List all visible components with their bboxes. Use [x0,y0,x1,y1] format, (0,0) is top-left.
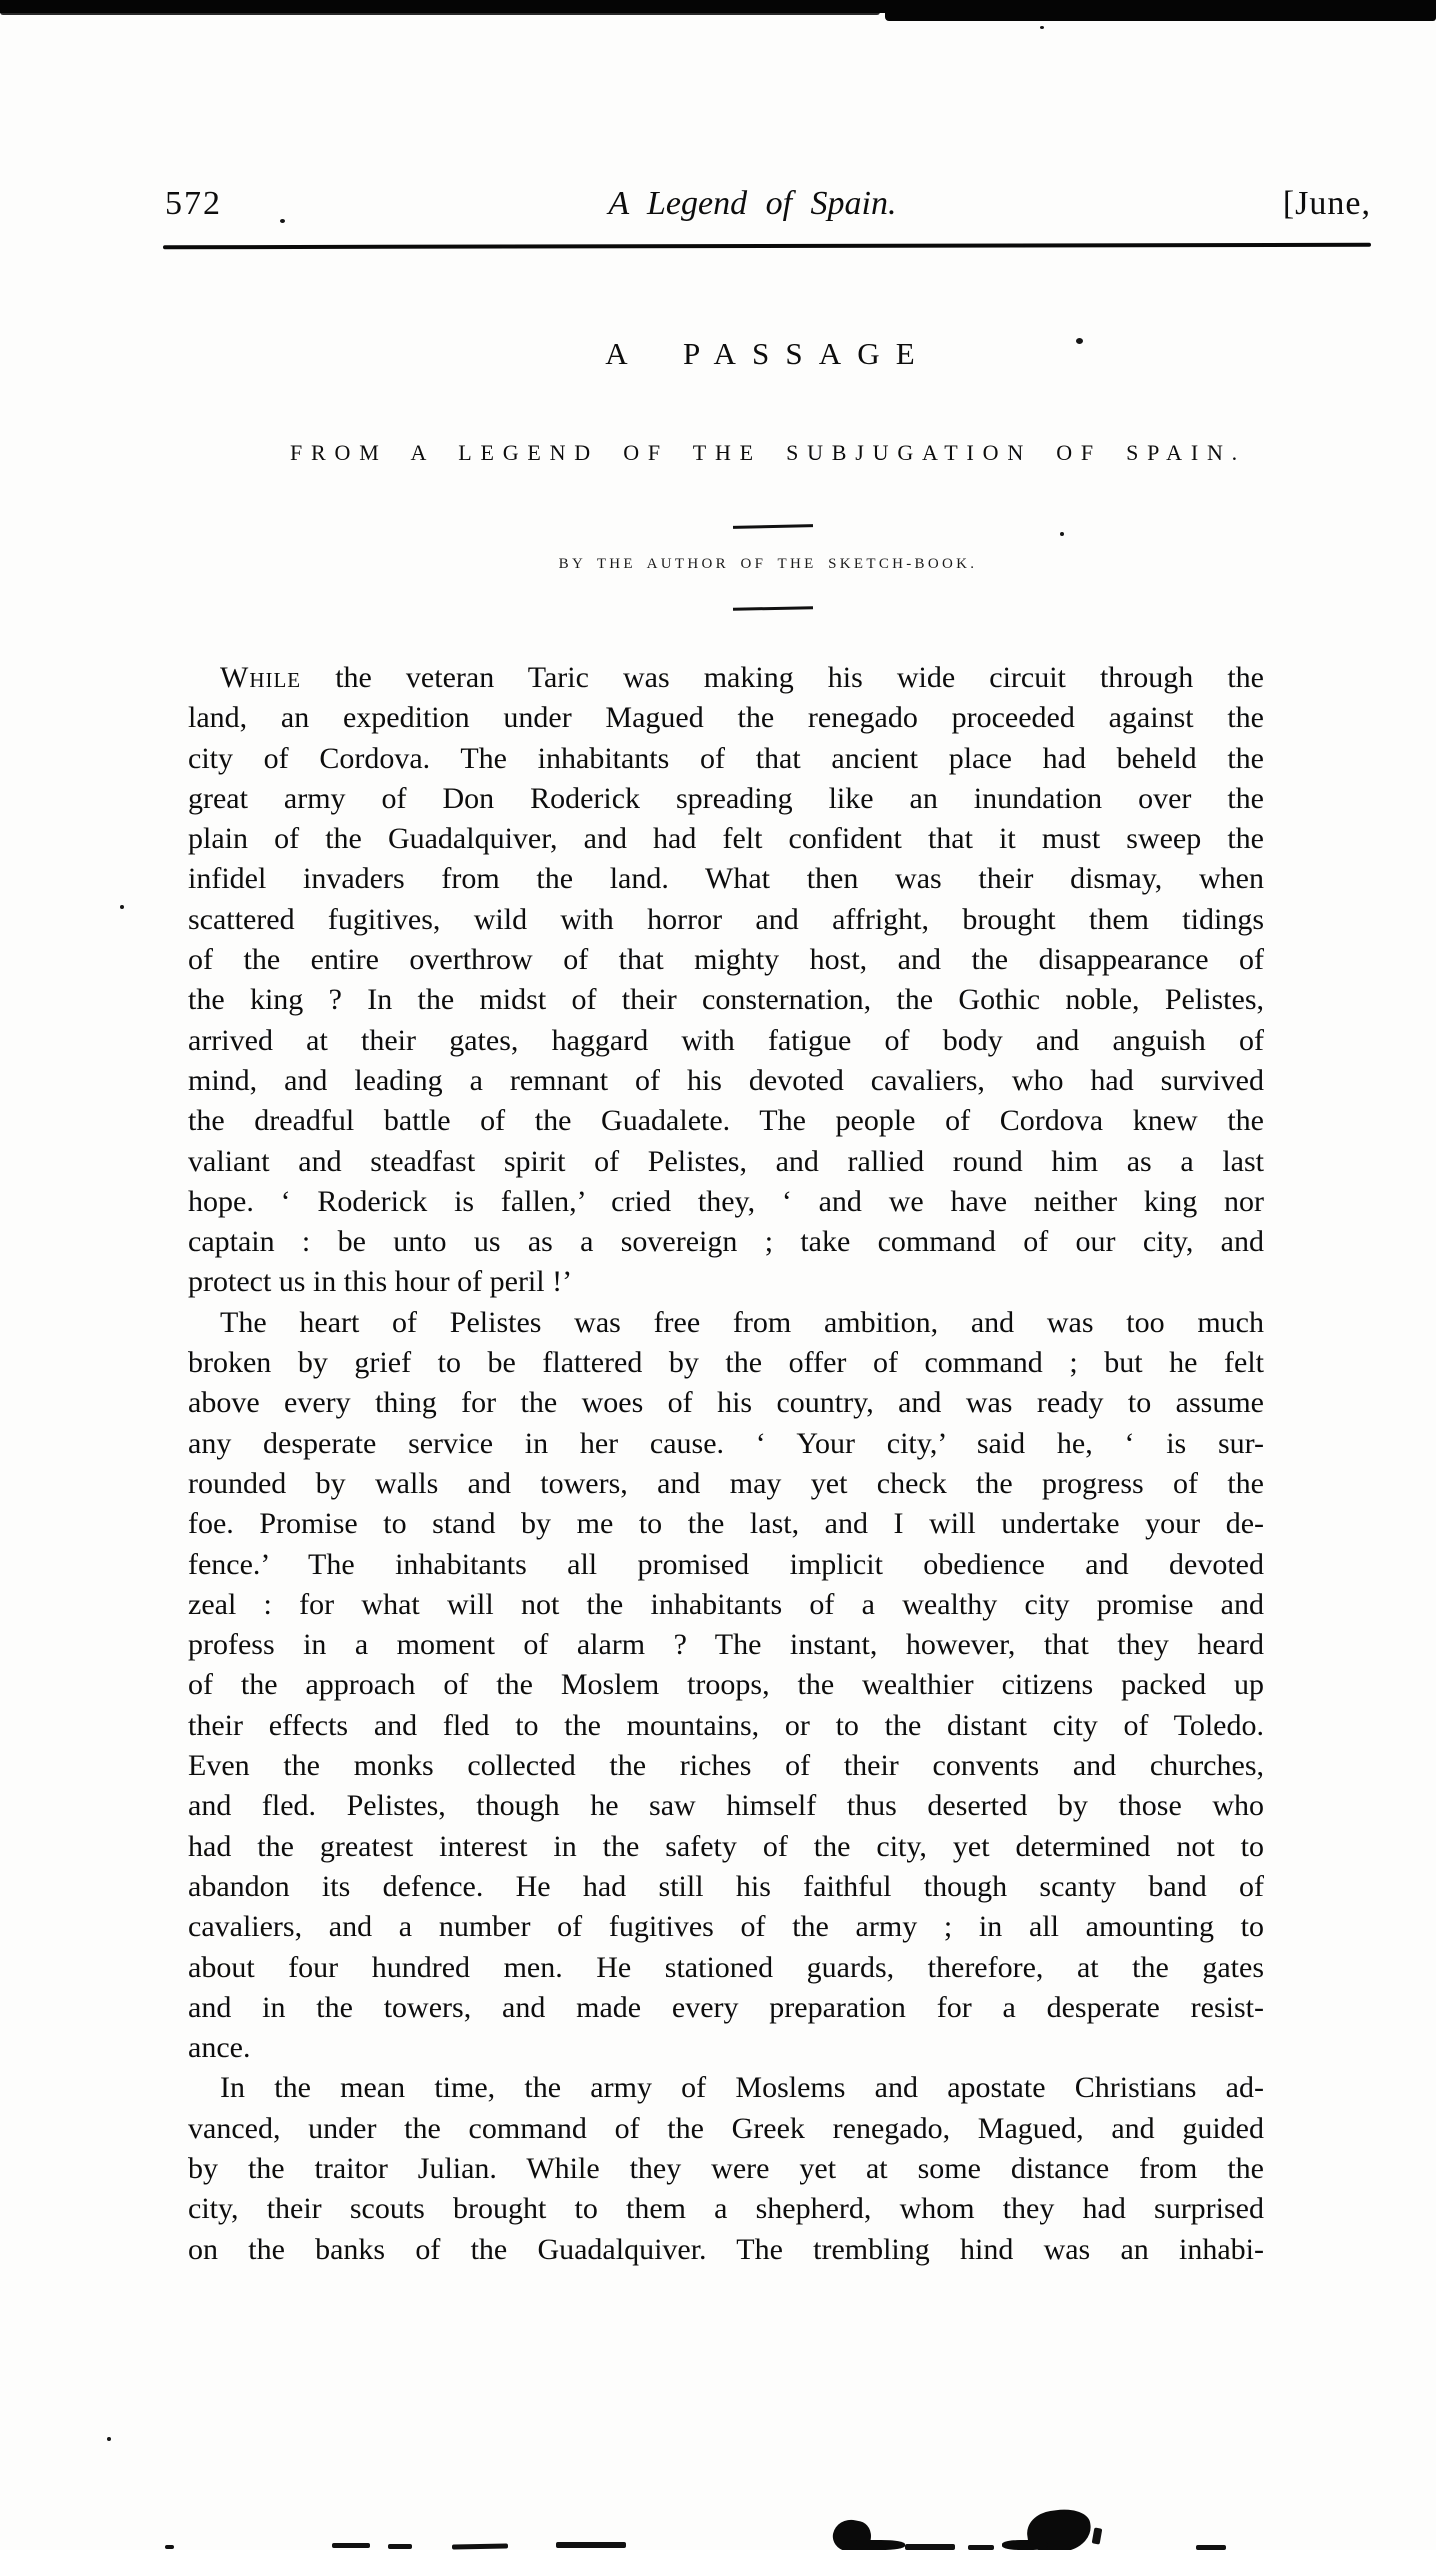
ink-speck [1060,532,1064,536]
body-line: The heart of Pelistes was free from ambi… [188,1303,1264,1343]
body-line: city of Cordova. The inhabitants of that… [188,739,1264,779]
body-line: broken by grief to be flattered by the o… [188,1343,1264,1383]
scan-bottom-mark [165,2545,174,2549]
paragraph: While the veteran Taric was making his w… [188,658,1264,1303]
body-line: In the mean time, the army of Moslems an… [188,2068,1264,2108]
body-line: zeal : for what will not the inhabitants… [188,1585,1264,1625]
body-line: had the greatest interest in the safety … [188,1827,1264,1867]
body-line: While the veteran Taric was making his w… [188,658,1264,698]
body-line: city, their scouts brought to them a she… [188,2189,1264,2229]
scan-bottom-mark [556,2542,626,2548]
scan-bottom-mark [905,2544,955,2550]
lead-word: While [220,661,301,694]
scan-top-bar-fray [0,12,880,15]
scan-bottom-mark [452,2544,508,2550]
header-rule [163,243,1371,250]
body-line: captain : be unto us as a sovereign ; ta… [188,1222,1264,1262]
scan-bottom-mark [332,2543,370,2548]
body-line: of the entire overthrow of that mighty h… [188,940,1264,980]
body-line: mind, and leading a remnant of his devot… [188,1061,1264,1101]
divider-rule-top [733,524,813,529]
paragraph: In the mean time, the army of Moslems an… [188,2068,1264,2269]
page-body: While the veteran Taric was making his w… [188,658,1264,2270]
scan-ink-blob [1002,2540,1048,2550]
byline: BY THE AUTHOR OF THE SKETCH-BOOK. [165,556,1371,573]
scan-bottom-mark [388,2544,412,2549]
body-line: and fled. Pelistes, though he saw himsel… [188,1786,1264,1826]
ink-speck [1076,338,1083,344]
body-line: fence.’ The inhabitants all promised imp… [188,1545,1264,1585]
divider-rule-bottom [733,606,813,610]
ink-speck [280,219,285,223]
ink-speck [1040,26,1044,29]
body-line: of the approach of the Moslem troops, th… [188,1665,1264,1705]
page-number: 572 [165,184,222,224]
body-line: scattered fugitives, wild with horror an… [188,900,1264,940]
body-line: rounded by walls and towers, and may yet… [188,1464,1264,1504]
scan-bottom-mark [1196,2545,1226,2550]
ink-speck [120,905,124,909]
body-line: the dreadful battle of the Guadalete. Th… [188,1101,1264,1141]
body-line: on the banks of the Guadalquiver. The tr… [188,2230,1264,2270]
scanned-book-page: 572 A Legend of Spain. [June, A PASSAGE … [0,0,1436,2550]
ink-speck [107,2437,111,2441]
body-line: land, an expedition under Magued the ren… [188,698,1264,738]
body-line: vanced, under the command of the Greek r… [188,2109,1264,2149]
body-line: protect us in this hour of peril !’ [188,1262,1264,1302]
body-line: the king ? In the midst of their conster… [188,980,1264,1020]
body-line: abandon its defence. He had still his fa… [188,1867,1264,1907]
issue-date: [June, [1283,184,1371,224]
body-line: Even the monks collected the riches of t… [188,1746,1264,1786]
body-line: by the traitor Julian. While they were y… [188,2149,1264,2189]
body-line: above every thing for the woes of his co… [188,1383,1264,1423]
body-line: about four hundred men. He stationed gua… [188,1948,1264,1988]
scan-bottom-mark [968,2545,994,2550]
scan-bottom-mark [1092,2527,1103,2544]
body-line: profess in a moment of alarm ? The insta… [188,1625,1264,1665]
body-line: hope. ‘ Roderick is fallen,’ cried they,… [188,1182,1264,1222]
body-line: their effects and fled to the mountains,… [188,1706,1264,1746]
article-subtitle: FROM A LEGEND OF THE SUBJUGATION OF SPAI… [120,440,1416,466]
body-line: any desperate service in her cause. ‘ Yo… [188,1424,1264,1464]
body-line: valiant and steadfast spirit of Pelistes… [188,1142,1264,1182]
body-line: and in the towers, and made every prepar… [188,1988,1264,2028]
scan-top-bar-right-artifact [885,12,1436,21]
body-line: arrived at their gates, haggard with fat… [188,1021,1264,1061]
body-line: great army of Don Roderick spreading lik… [188,779,1264,819]
paragraph: The heart of Pelistes was free from ambi… [188,1303,1264,2069]
body-line: foe. Promise to stand by me to the last,… [188,1504,1264,1544]
scan-ink-blob [845,2540,905,2550]
body-line: infidel invaders from the land. What the… [188,859,1264,899]
article-title: A PASSAGE [165,336,1371,372]
running-title: A Legend of Spain. [608,184,896,224]
body-line: ance. [188,2028,1264,2068]
page-header: 572 A Legend of Spain. [June, [165,184,1371,224]
body-line: cavaliers, and a number of fugitives of … [188,1907,1264,1947]
body-line: plain of the Guadalquiver, and had felt … [188,819,1264,859]
